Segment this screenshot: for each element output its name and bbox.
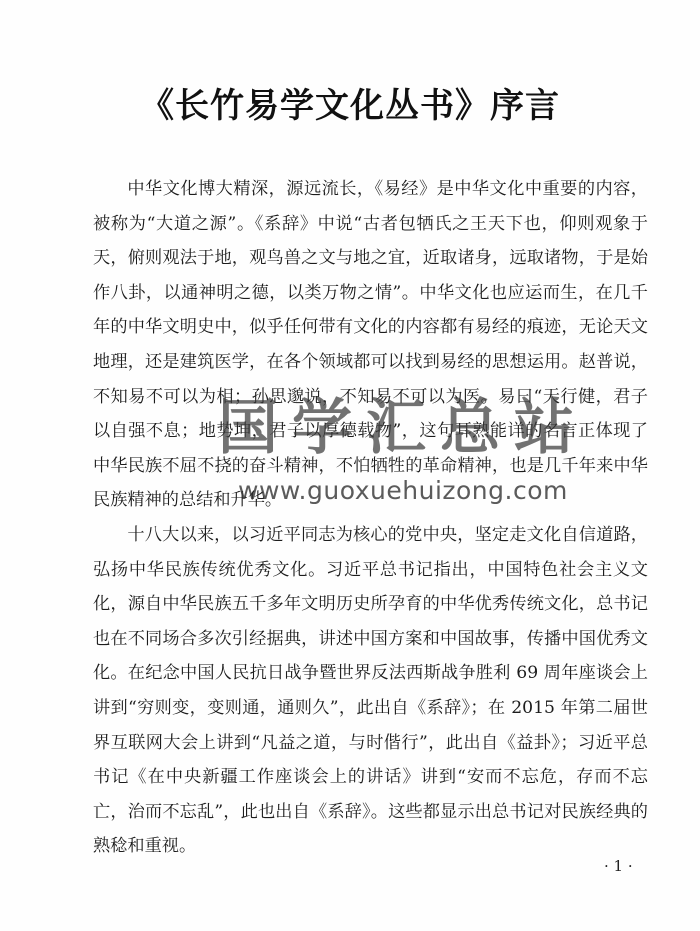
preface-body: 中华文化博大精深，源远流长，《易经》是中华文化中重要的内容，被称为“大道之源”。… xyxy=(93,172,648,864)
paragraph-1: 中华文化博大精深，源远流长，《易经》是中华文化中重要的内容，被称为“大道之源”。… xyxy=(93,172,648,518)
book-page: 《长竹易学文化丛书》序言 中华文化博大精深，源远流长，《易经》是中华文化中重要的… xyxy=(0,0,700,931)
page-number: · 1 · xyxy=(604,857,633,875)
paragraph-2: 十八大以来，以习近平同志为核心的党中央，坚定走文化自信道路，弘扬中华民族传统优秀… xyxy=(93,518,648,864)
page-title: 《长竹易学文化丛书》序言 xyxy=(0,78,700,127)
